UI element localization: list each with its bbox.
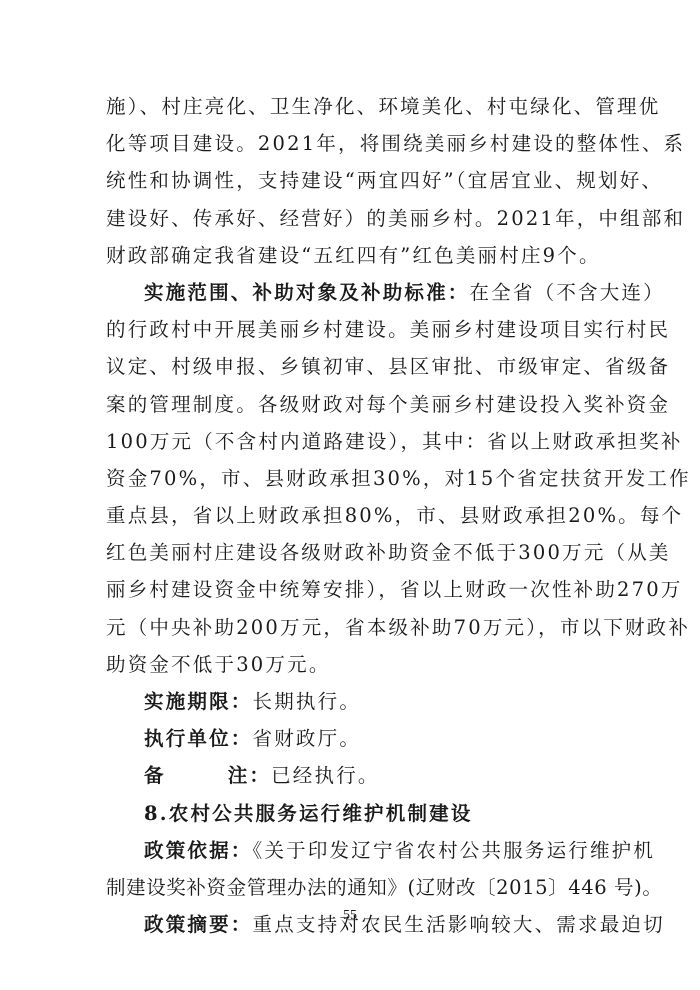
period-value: 长期执行。 xyxy=(253,690,362,713)
text-line: 案的管理制度。各级财政对每个美丽乡村建设投入奖补资金 xyxy=(106,386,596,423)
period-label: 实施期限： xyxy=(144,690,253,713)
text-line: 财政部确定我省建设“五红四有”红色美丽村庄9个。 xyxy=(106,237,596,274)
page-number: 55 xyxy=(0,908,700,924)
basis-text: 《关于印发辽宁省农村公共服务运行维护机 xyxy=(253,839,656,862)
text-line: 的行政村中开展美丽乡村建设。美丽乡村建设项目实行村民 xyxy=(106,311,596,348)
text-line: 建设好、传承好、经营好）的美丽乡村。2021年，中组部和 xyxy=(106,200,596,237)
executor-line: 执行单位：省财政厅。 xyxy=(106,720,596,757)
executor-label: 执行单位： xyxy=(144,727,253,750)
text-line: 制建设奖补资金管理办法的通知》(辽财改〔2015〕446 号)。 xyxy=(106,869,596,906)
text-line: 资金70%，市、县财政承担30%，对15个省定扶贫开发工作 xyxy=(106,460,596,497)
remark-label-a: 备 xyxy=(144,764,166,787)
executor-value: 省财政厅。 xyxy=(253,727,362,750)
document-page: 施）、村庄亮化、卫生净化、环境美化、村屯绿化、管理优 化等项目建设。2021年，… xyxy=(106,88,596,943)
text-line: 化等项目建设。2021年，将围绕美丽乡村建设的整体性、系 xyxy=(106,125,596,162)
remark-value: 已经执行。 xyxy=(271,764,380,787)
scope-first-line: 实施范围、补助对象及补助标准：在全省（不含大连） xyxy=(106,274,596,311)
basis-first-line: 政策依据：《关于印发辽宁省农村公共服务运行维护机 xyxy=(106,832,596,869)
text-line: 重点县，省以上财政承担80%，市、县财政承担20%。每个 xyxy=(106,497,596,534)
scope-label: 实施范围、补助对象及补助标准： xyxy=(144,281,470,304)
text-line: 施）、村庄亮化、卫生净化、环境美化、村屯绿化、管理优 xyxy=(106,88,596,125)
remark-label-b: 注： xyxy=(228,764,271,787)
scope-text: 在全省（不含大连） xyxy=(470,281,665,304)
text-line: 丽乡村建设资金中统筹安排），省以上财政一次性补助270万 xyxy=(106,571,596,608)
text-line: 统性和协调性，支持建设“两宜四好”（宜居宜业、规划好、 xyxy=(106,162,596,199)
text-line: 议定、村级申报、乡镇初审、县区审批、市级审定、省级备 xyxy=(106,348,596,385)
text-line: 红色美丽村庄建设各级财政补助资金不低于300万元（从美 xyxy=(106,534,596,571)
section-heading: 8.农村公共服务运行维护机制建设 xyxy=(106,795,596,832)
text-line: 100万元（不含村内道路建设），其中：省以上财政承担奖补 xyxy=(106,423,596,460)
basis-label: 政策依据： xyxy=(144,839,253,862)
period-line: 实施期限：长期执行。 xyxy=(106,683,596,720)
text-line: 助资金不低于30万元。 xyxy=(106,646,596,683)
remark-line: 备注：已经执行。 xyxy=(106,757,596,794)
text-line: 元（中央补助200万元，省本级补助70万元），市以下财政补 xyxy=(106,609,596,646)
